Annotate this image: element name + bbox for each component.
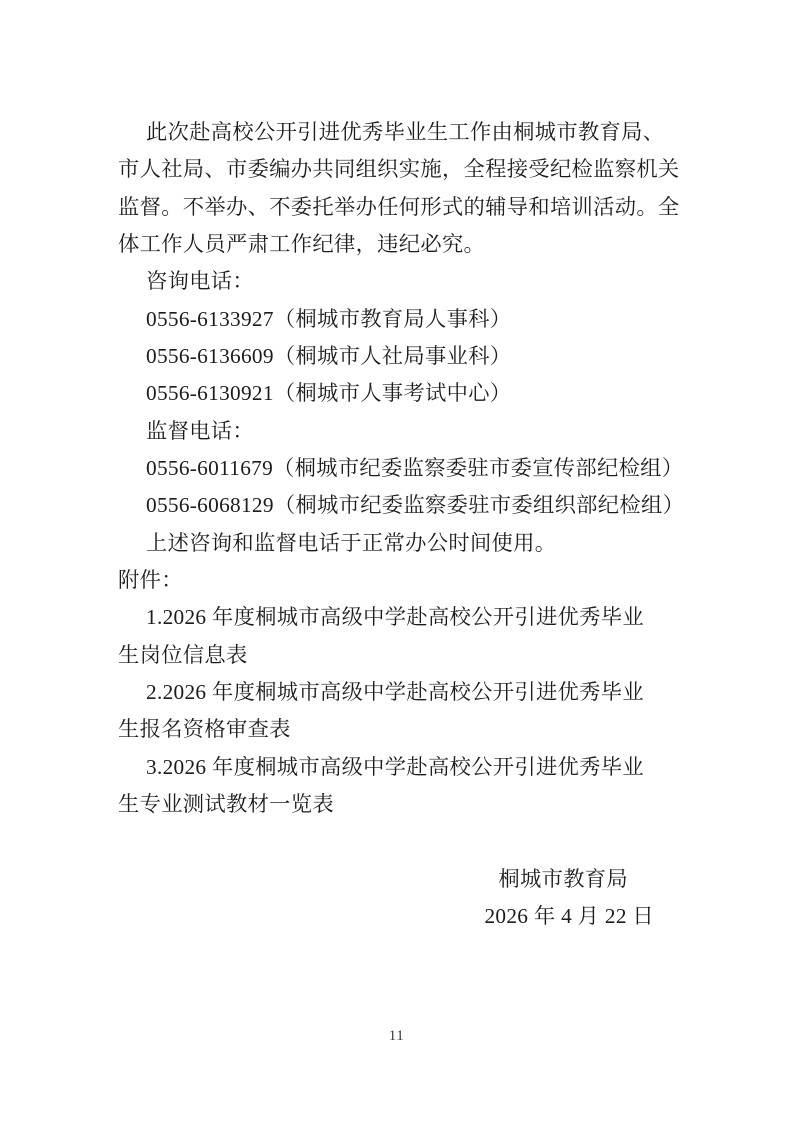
page-number: 11 <box>0 1026 793 1046</box>
consult-phone-heading: 咨询电话： <box>118 263 676 300</box>
attachment-item-line: 2.2026 年度桐城市高级中学赴高校公开引进优秀毕业 <box>118 674 676 711</box>
attachment-item-line: 生岗位信息表 <box>118 637 676 674</box>
supervise-phone-line: 0556-6011679（桐城市纪委监察委驻市委宣传部纪检组） <box>118 450 676 487</box>
phone-usage-note-line: 上述咨询和监督电话于正常办公时间使用。 <box>118 525 676 562</box>
attachment-item-line: 1.2026 年度桐城市高级中学赴高校公开引进优秀毕业 <box>118 599 676 636</box>
consult-phone-line: 0556-6130921（桐城市人事考试中心） <box>118 375 676 412</box>
document-page: { "doc": { "lines": [ "此次赴高校公开引进优秀毕业生工作由… <box>0 0 793 1122</box>
body-paragraph-line: 监督。不举办、不委托举办任何形式的辅导和培训活动。全 <box>118 189 676 226</box>
consult-phone-line: 0556-6133927（桐城市教育局人事科） <box>118 301 676 338</box>
attachment-item-line: 生专业测试教材一览表 <box>118 786 676 823</box>
document-body: 此次赴高校公开引进优秀毕业生工作由桐城市教育局、 市人社局、市委编办共同组织实施… <box>118 114 676 935</box>
body-paragraph-line: 体工作人员严肃工作纪律，违纪必究。 <box>118 226 676 263</box>
signature-org: 桐城市教育局 <box>118 861 676 898</box>
signature-date: 2026 年 4 月 22 日 <box>118 898 676 935</box>
consult-phone-line: 0556-6136609（桐城市人社局事业科） <box>118 338 676 375</box>
body-paragraph-line: 市人社局、市委编办共同组织实施，全程接受纪检监察机关 <box>118 151 676 188</box>
blank-line <box>118 823 676 860</box>
supervise-phone-heading: 监督电话： <box>118 413 676 450</box>
attachment-item-line: 3.2026 年度桐城市高级中学赴高校公开引进优秀毕业 <box>118 749 676 786</box>
body-paragraph-line: 此次赴高校公开引进优秀毕业生工作由桐城市教育局、 <box>118 114 676 151</box>
supervise-phone-line: 0556-6068129（桐城市纪委监察委驻市委组织部纪检组） <box>118 487 676 524</box>
attachment-item-line: 生报名资格审查表 <box>118 711 676 748</box>
attachments-heading: 附件： <box>118 562 676 599</box>
